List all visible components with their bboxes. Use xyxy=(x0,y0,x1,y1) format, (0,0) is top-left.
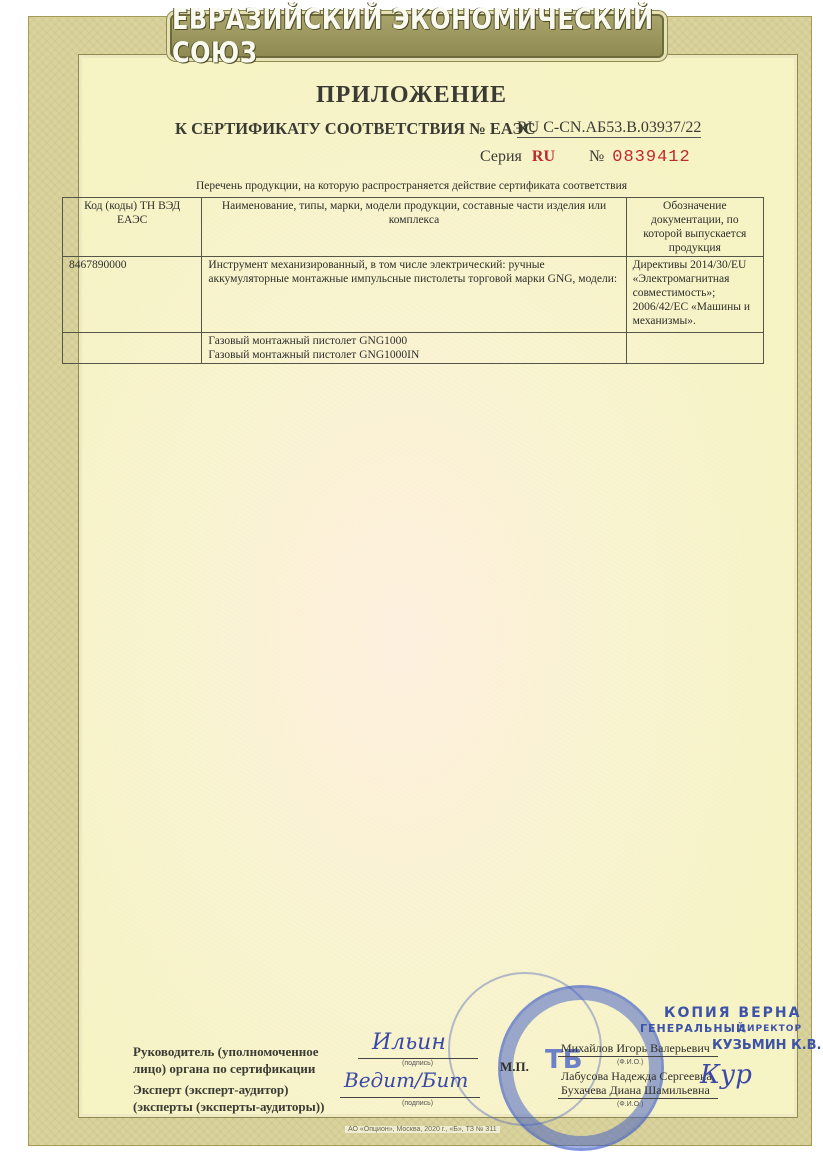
serial-number: 0839412 xyxy=(612,148,690,167)
expert-label-line: Эксперт (эксперт-аудитор) xyxy=(133,1081,324,1098)
copy-stamp-title: КОПИЯ ВЕРНА xyxy=(664,1005,801,1021)
director-signature: Кур xyxy=(700,1060,752,1090)
document-subtitle: К СЕРТИФИКАТУ СООТВЕТСТВИЯ № ЕАЭС xyxy=(175,119,536,139)
number-sign: № xyxy=(589,148,604,165)
expert-signature-line xyxy=(340,1097,480,1098)
expert-name-line xyxy=(558,1098,718,1099)
copy-stamp-position-left: ГЕНЕРАЛЬНЫЙ xyxy=(640,1022,746,1035)
head-signature-line xyxy=(358,1058,478,1059)
cell-name: Инструмент механизированный, в том числе… xyxy=(202,257,626,333)
cell-code xyxy=(63,333,202,364)
table-row: Газовый монтажный пистолет GNG1000 Газов… xyxy=(63,333,764,364)
model-line: Газовый монтажный пистолет GNG1000 xyxy=(208,334,619,348)
document-title: ПРИЛОЖЕНИЕ xyxy=(0,82,823,109)
head-label-line: Руководитель (уполномоченное xyxy=(133,1043,319,1060)
expert-signature: Ведит/Бит xyxy=(344,1068,468,1092)
copy-stamp-name: КУЗЬМИН К.В. xyxy=(712,1038,821,1053)
column-header-docs: Обозначение документации, по которой вып… xyxy=(626,198,763,257)
head-signature-caption: (подпись) xyxy=(402,1060,433,1067)
copy-stamp-position-right: ДИРЕКТОР xyxy=(738,1024,802,1034)
series-code: RU xyxy=(532,148,555,165)
printer-imprint: АО «Опцион», Москва, 2020 г., «Б», ТЗ № … xyxy=(345,1126,500,1133)
head-label-line: лицо) органа по сертификации xyxy=(133,1060,319,1077)
products-table: Код (коды) ТН ВЭД ЕАЭС Наименование, тип… xyxy=(62,197,764,364)
head-label: Руководитель (уполномоченное лицо) орган… xyxy=(133,1043,319,1077)
expert-name-1: Лабусова Надежда Сергеевна xyxy=(561,1069,712,1084)
table-header-row: Код (коды) ТН ВЭД ЕАЭС Наименование, тип… xyxy=(63,198,764,257)
expert-label-line: (эксперты (эксперты-аудиторы)) xyxy=(133,1098,324,1115)
cell-docs xyxy=(626,333,763,364)
head-name: Михайлов Игорь Валерьевич xyxy=(561,1041,710,1056)
seal-place-label: М.П. xyxy=(500,1059,529,1075)
head-name-line xyxy=(558,1056,718,1057)
certificate-number: RU C-CN.АБ53.В.03937/22 xyxy=(517,119,701,138)
head-fio-caption: (Ф.И.О.) xyxy=(617,1059,643,1066)
cell-docs: Директивы 2014/30/EU «Электромагнитная с… xyxy=(626,257,763,333)
head-signature: Ильин xyxy=(372,1030,446,1055)
union-banner: ЕВРАЗИЙСКИЙ ЭКОНОМИЧЕСКИЙ СОЮЗ xyxy=(170,14,664,58)
expert-name-2: Бухачева Диана Шамильевна xyxy=(561,1083,710,1098)
series-row: Серия RU № 0839412 xyxy=(480,148,691,167)
column-header-code: Код (коды) ТН ВЭД ЕАЭС xyxy=(63,198,202,257)
expert-fio-caption: (Ф.И.О.) xyxy=(617,1101,643,1108)
series-label: Серия xyxy=(480,148,522,165)
table-caption: Перечень продукции, на которую распростр… xyxy=(0,180,823,192)
cell-code: 8467890000 xyxy=(63,257,202,333)
expert-label: Эксперт (эксперт-аудитор) (эксперты (экс… xyxy=(133,1081,324,1115)
column-header-name: Наименование, типы, марки, модели продук… xyxy=(202,198,626,257)
cell-name: Газовый монтажный пистолет GNG1000 Газов… xyxy=(202,333,626,364)
expert-signature-caption: (подпись) xyxy=(402,1100,433,1107)
union-name: ЕВРАЗИЙСКИЙ ЭКОНОМИЧЕСКИЙ СОЮЗ xyxy=(172,2,662,69)
model-line: Газовый монтажный пистолет GNG1000IN xyxy=(208,348,619,362)
table-row: 8467890000 Инструмент механизированный, … xyxy=(63,257,764,333)
